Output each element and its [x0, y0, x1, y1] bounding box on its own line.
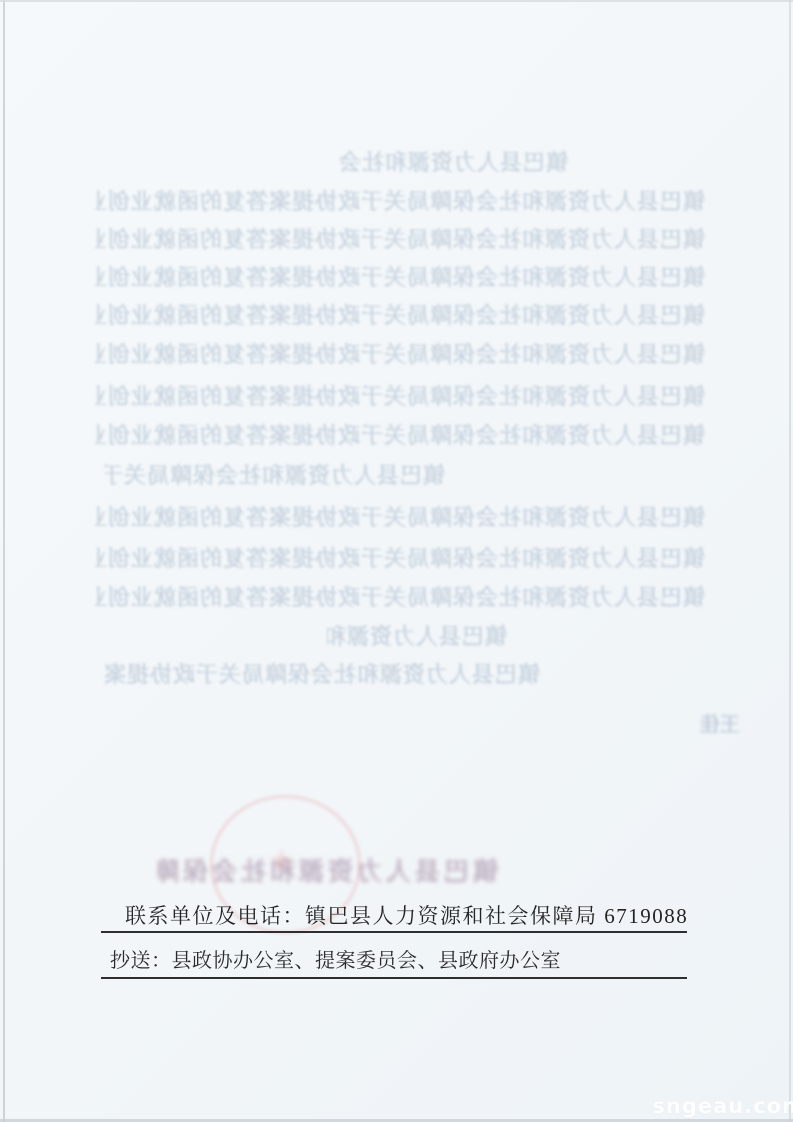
- bleedthrough-line: 镇巴县人力资源和社会保障局关于政协提案答复的函就业创业培训: [95, 585, 705, 611]
- watermark: sngeau.com: [652, 1094, 793, 1118]
- bleedthrough-line: 镇巴县人力资源和社会保障局关于政协: [105, 463, 445, 489]
- bleedthrough-line: 镇巴县人力资源和社会保障局关于政协提案答复的函就业创业培训: [95, 189, 705, 215]
- bleedthrough-line: 镇巴县人力资源和社会保障局关于政协提案答复的函就业创业培训: [95, 546, 705, 572]
- footer-divider-bottom: [101, 977, 687, 979]
- bleedthrough-line: 镇巴县人力资源和社会保障局关于政协提案答复的函就业创业培训: [95, 303, 705, 329]
- bleedthrough-line: 镇巴县人力资源和社会保障局关于政协提案答复的函就业创业培训: [95, 423, 705, 449]
- bleedthrough-line: 镇巴县人力资源和社会保障局关于政协提案答复的函就业创业培训: [95, 505, 705, 531]
- bleedthrough-line: 镇巴县人力资源和社会保障局关于政协提案答复的函就业创业培训: [95, 227, 705, 253]
- bleedthrough-line: 镇巴县人力资源和社会: [327, 624, 507, 650]
- bleedthrough-line: 镇巴县人力资源和社会保障局关于政协提案答复的函就业创业培训: [95, 265, 705, 291]
- bleedthrough-line: 镇巴县人力资源和社会保障局关于政协提案答复的函就业创业培训: [95, 342, 705, 368]
- bleedthrough-line: 镇巴县人力资源和社会保障: [340, 150, 568, 176]
- agency-shadow-blue: 镇巴县人力资源和社会保障局: [158, 852, 498, 888]
- contact-line: 联系单位及电话：镇巴县人力资源和社会保障局 6719088: [125, 900, 688, 930]
- cc-line: 抄送：县政协办公室、提案委员会、县政府办公室: [110, 944, 561, 973]
- bleedthrough-line: 镇巴县人力资源和社会保障局关于政协提案答复的函就业创业培训: [95, 384, 705, 410]
- bleedthrough-line: 镇巴县人力资源和社会保障局关于政协提案答复: [105, 662, 540, 688]
- scanned-page: 镇巴县人力资源和社会保障镇巴县人力资源和社会保障局关于政协提案答复的函就业创业培…: [0, 0, 793, 1122]
- bleedthrough-signature: 王佳: [700, 708, 740, 737]
- footer-divider-top: [101, 931, 687, 933]
